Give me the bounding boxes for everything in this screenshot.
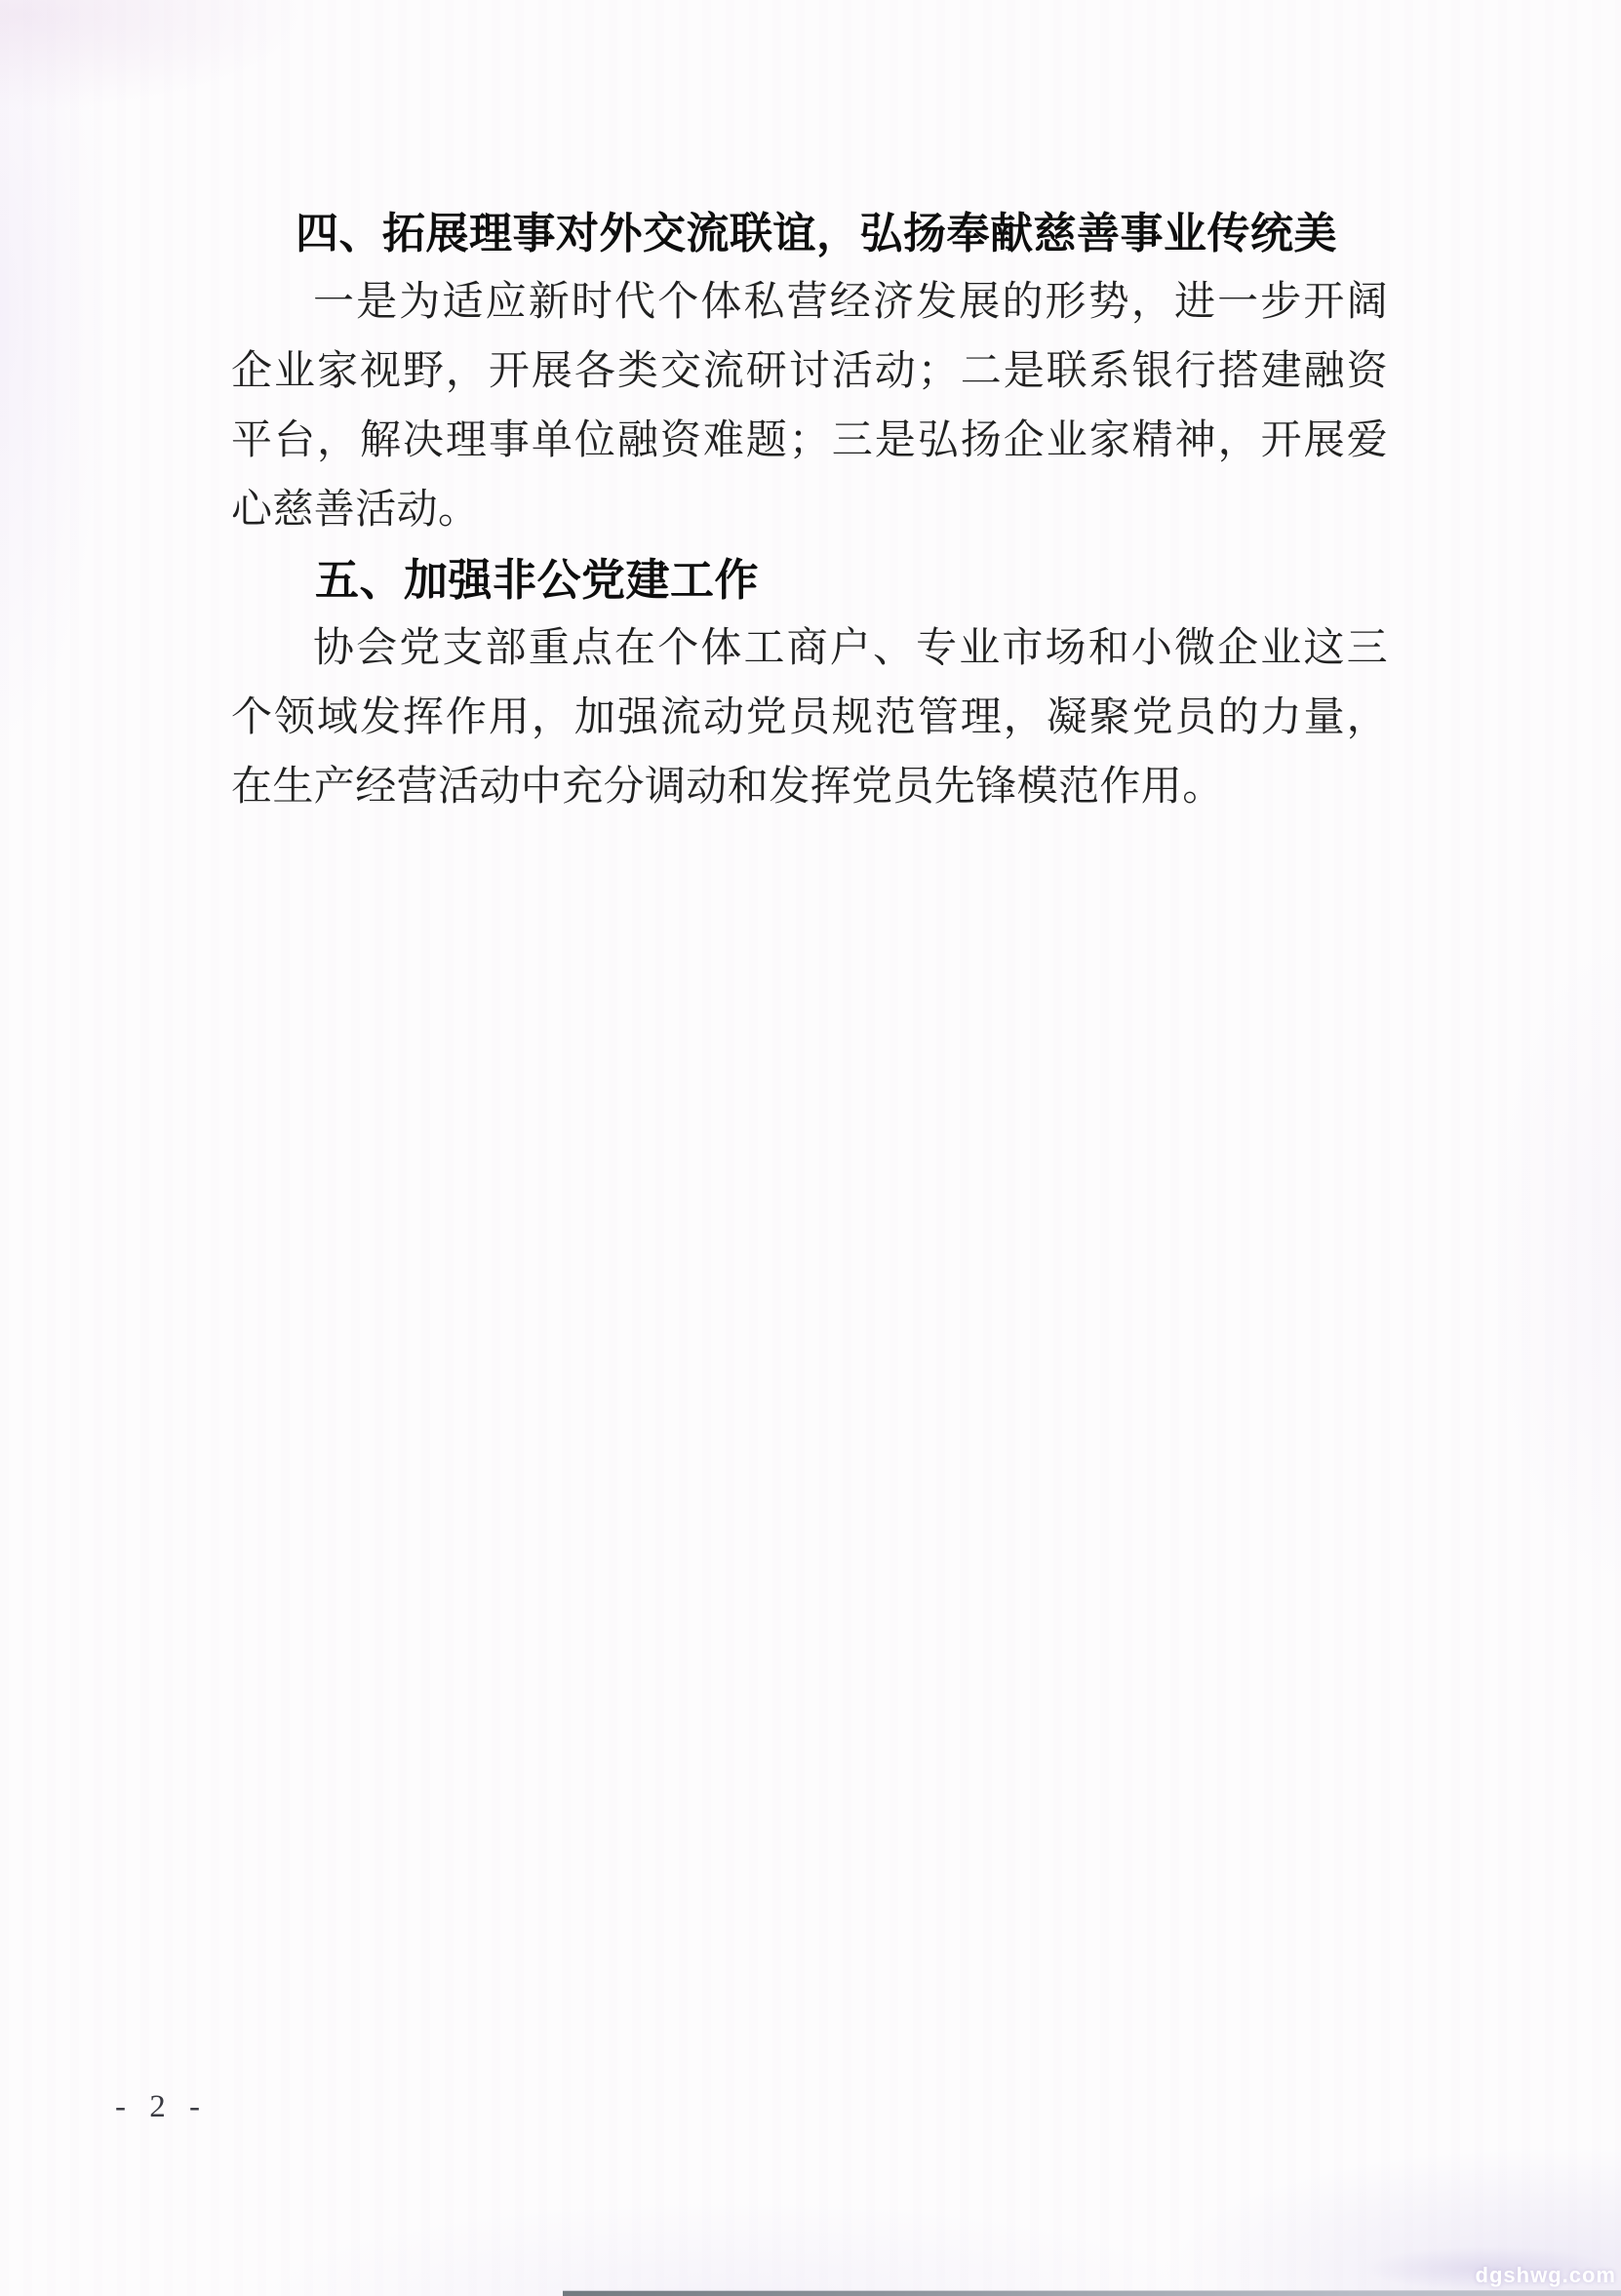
scan-edge-strip [563, 2291, 1621, 2296]
paragraph-line: 在生产经营活动中充分调动和发挥党员先锋模范作用。 [231, 753, 1388, 822]
paragraph-line: 平台，解决理事单位融资难题；三是弘扬企业家精神，开展爱 [231, 407, 1388, 476]
page-number: - 2 - [115, 2089, 208, 2125]
document-content: 四、拓展理事对外交流联谊，弘扬奉献慈善事业传统美 一是为适应新时代个体私营经济发… [231, 199, 1388, 822]
watermark-text: dgshwg.com [1476, 2263, 1616, 2288]
section-heading-5: 五、加强非公党建工作 [231, 545, 1388, 614]
paragraph-line: 企业家视野，开展各类交流研讨活动；二是联系银行搭建融资 [231, 337, 1388, 407]
paragraph-line: 心慈善活动。 [231, 476, 1388, 545]
scanned-document-page: 四、拓展理事对外交流联谊，弘扬奉献慈善事业传统美 一是为适应新时代个体私营经济发… [0, 0, 1621, 2296]
paragraph-line: 个领域发挥作用，加强流动党员规范管理，凝聚党员的力量， [231, 684, 1388, 753]
paragraph-line: 一是为适应新时代个体私营经济发展的形势，进一步开阔 [231, 268, 1388, 337]
paragraph-line: 协会党支部重点在个体工商户、专业市场和小微企业这三 [231, 614, 1388, 684]
section-heading-4: 四、拓展理事对外交流联谊，弘扬奉献慈善事业传统美 [231, 199, 1388, 268]
